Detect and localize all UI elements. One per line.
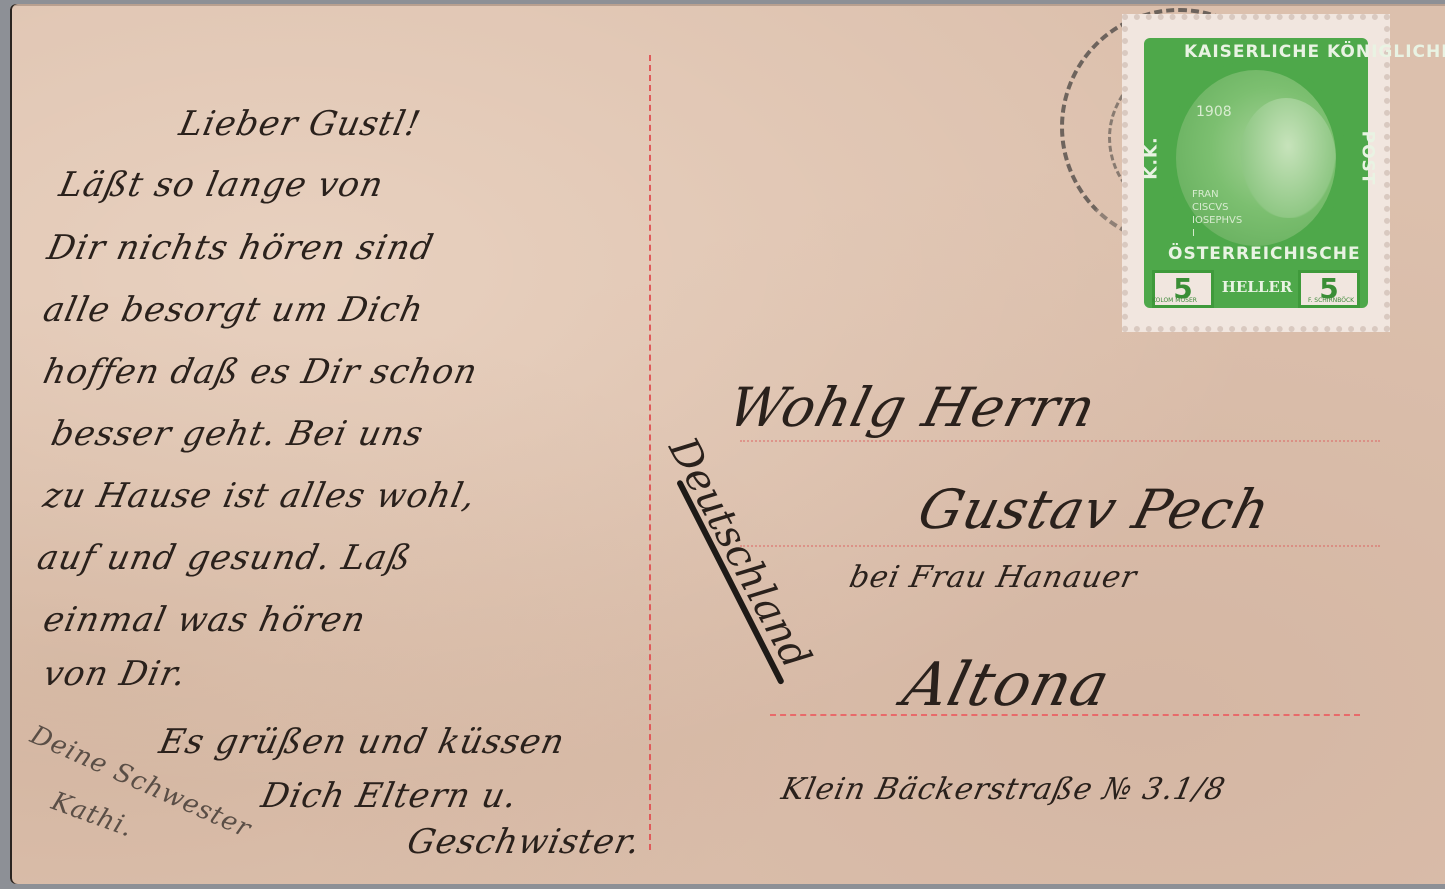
address-guide-line-2 — [740, 545, 1380, 547]
emperor-portrait-icon — [1240, 98, 1336, 218]
message-line: alle besorgt um Dich — [40, 290, 428, 330]
message-line: auf und gesund. Laß — [34, 538, 416, 578]
message-line: einmal was hören — [40, 600, 370, 640]
message-closing: Dich Eltern u. — [258, 776, 522, 816]
center-divider-line — [649, 55, 651, 850]
stamp-frame: KAISERLICHE KÖNIGLICHE K.K. POST ÖSTERRE… — [1144, 38, 1368, 308]
stamp-ring-left: K.K. — [1142, 136, 1162, 179]
stamp-designer-left: KOLOM MOSER — [1152, 297, 1197, 304]
address-street: Klein Bäckerstraße № 3.1/8 — [778, 772, 1229, 807]
stamp-year: 1908 — [1196, 104, 1232, 120]
message-closing: Es grüßen und küssen — [156, 722, 569, 762]
message-line: Dir nichts hören sind — [44, 228, 438, 268]
stamp-portrait-label: FRAN CISCVS IOSEPHVS I — [1192, 188, 1242, 240]
stamp-label-line: IOSEPHVS — [1192, 214, 1242, 227]
address-care-of: bei Frau Hanauer — [846, 560, 1140, 595]
message-line: hoffen daß es Dir schon — [40, 352, 482, 392]
address-salutation: Wohlg Herrn — [722, 376, 1102, 439]
address-name: Gustav Pech — [912, 478, 1277, 541]
message-closing: Geschwister. — [404, 822, 645, 862]
stamp-label-line: CISCVS — [1192, 201, 1242, 214]
address-city: Altona — [896, 650, 1117, 720]
message-line: zu Hause ist alles wohl, — [40, 476, 480, 516]
stamp-label-line: I — [1192, 227, 1242, 240]
address-guide-line-1 — [740, 440, 1380, 442]
message-line: von Dir. — [40, 654, 190, 694]
stamp-ring-right: POST — [1357, 131, 1377, 186]
postage-stamp: KAISERLICHE KÖNIGLICHE K.K. POST ÖSTERRE… — [1122, 14, 1390, 332]
message-greeting: Lieber Gustl! — [176, 104, 425, 144]
message-line: besser geht. Bei uns — [48, 414, 428, 454]
stamp-designer-right: F. SCHIRNBÖCK — [1308, 297, 1354, 304]
stamp-denomination: HELLER — [1220, 278, 1294, 296]
stamp-ring-top: KAISERLICHE KÖNIGLICHE — [1184, 42, 1445, 62]
stamp-label-line: FRAN — [1192, 188, 1242, 201]
stamp-ring-bottom: ÖSTERREICHISCHE — [1168, 244, 1361, 264]
message-line: Läßt so lange von — [56, 165, 388, 205]
